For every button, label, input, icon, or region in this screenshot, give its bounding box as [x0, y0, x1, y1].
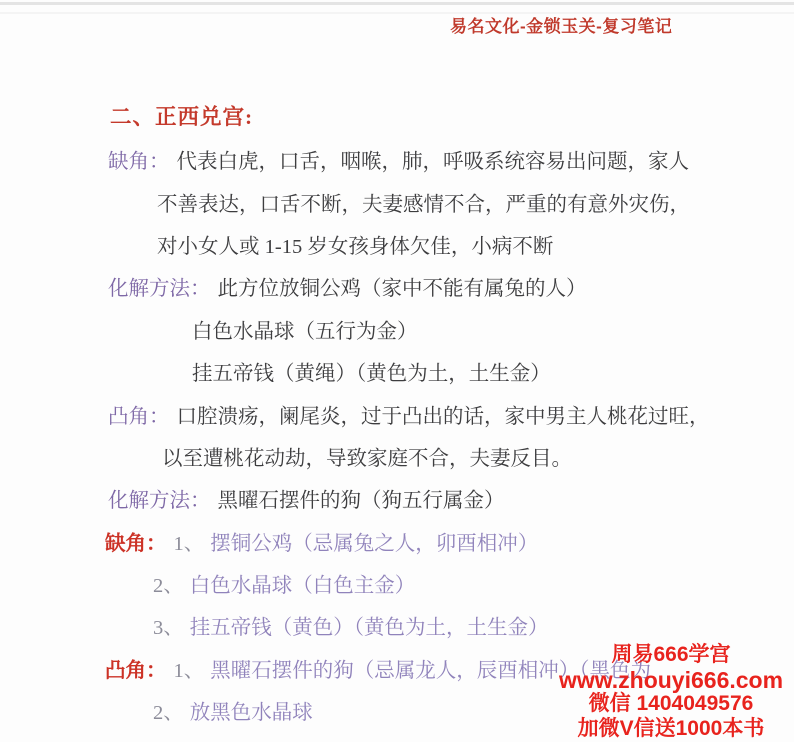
line-text: 白色水晶球（白色主金） [190, 568, 416, 598]
text-line: 3、 挂五帝钱（黄色）（黄色为土，土生金） [153, 604, 794, 646]
line-text: 黑曜石摆件的狗（狗五行属金） [218, 483, 505, 513]
line-label: 缺角： [108, 144, 170, 174]
watermark-promo: 加微V信送1000本书 [556, 717, 786, 742]
line-label: 缺角： [105, 526, 167, 556]
list-number: 3、 [153, 610, 184, 640]
line-label: 凸角： [105, 653, 167, 683]
document-body: 二、正西兑宫: 缺角： 代表白虎，口舌，咽喉，肺，呼吸系统容易出问题，家人 不善… [0, 92, 794, 731]
list-number: 2、 [153, 695, 184, 725]
line-text: 对小女人或 1-15 岁女孩身体欠佳，小病不断 [157, 229, 553, 259]
text-line: 挂五帝钱（黄绳）（黄色为土，土生金） [192, 350, 794, 392]
list-number: 1、 [174, 653, 205, 683]
text-line: 缺角： 1、 摆铜公鸡（忌属兔之人，卯酉相冲） [105, 520, 794, 562]
watermark-url: www.zhouyi666.com [556, 668, 786, 693]
line-text: 代表白虎，口舌，咽喉，肺，呼吸系统容易出问题，家人 [177, 144, 690, 174]
line-text: 口腔溃疡，阑尾炎，过于凸出的话，家中男主人桃花过旺， [177, 399, 710, 429]
line-text: 以至遭桃花动劫，导致家庭不合，夫妻反目。 [162, 441, 572, 471]
top-divider [0, 2, 794, 5]
text-line: 不善表达，口舌不断，夫妻感情不合，严重的有意外灾伤， [157, 180, 794, 222]
text-line: 化解方法： 黑曜石摆件的狗（狗五行属金） [108, 477, 794, 519]
list-number: 2、 [153, 568, 184, 598]
watermark-wechat: 微信 1404049576 [556, 692, 786, 717]
text-line: 缺角： 代表白虎，口舌，咽喉，肺，呼吸系统容易出问题，家人 [108, 138, 794, 180]
line-text: 此方位放铜公鸡（家中不能有属兔的人） [218, 271, 587, 301]
line-label: 化解方法： [108, 483, 211, 513]
list-number: 1、 [174, 526, 205, 556]
line-label: 凸角： [108, 399, 170, 429]
page-header: 易名文化-金锁玉关-复习笔记 [450, 12, 672, 37]
line-text: 不善表达，口舌不断，夫妻感情不合，严重的有意外灾伤， [157, 187, 690, 217]
text-line: 2、 白色水晶球（白色主金） [153, 562, 794, 604]
line-text: 挂五帝钱（黄色）（黄色为土，土生金） [190, 610, 549, 640]
line-label: 化解方法： [108, 271, 211, 301]
text-line: 以至遭桃花动劫，导致家庭不合，夫妻反目。 [162, 435, 794, 477]
top-divider-light [0, 12, 794, 14]
line-text: 摆铜公鸡（忌属兔之人，卯酉相冲） [210, 526, 538, 556]
text-line: 白色水晶球（五行为金） [192, 308, 794, 350]
text-line: 凸角： 口腔溃疡，阑尾炎，过于凸出的话，家中男主人桃花过旺， [108, 392, 794, 434]
line-text: 白色水晶球（五行为金） [192, 314, 418, 344]
watermark-line: 周易666学宫 [556, 643, 786, 668]
section-title: 二、正西兑宫: [110, 92, 794, 138]
text-line: 化解方法： 此方位放铜公鸡（家中不能有属兔的人） [108, 265, 794, 307]
line-text: 放黑色水晶球 [190, 695, 313, 725]
text-line: 对小女人或 1-15 岁女孩身体欠佳，小病不断 [157, 223, 794, 265]
watermark: 周易666学宫 www.zhouyi666.com 微信 1404049576 … [556, 643, 786, 741]
line-text: 挂五帝钱（黄绳）（黄色为土，土生金） [192, 356, 551, 386]
